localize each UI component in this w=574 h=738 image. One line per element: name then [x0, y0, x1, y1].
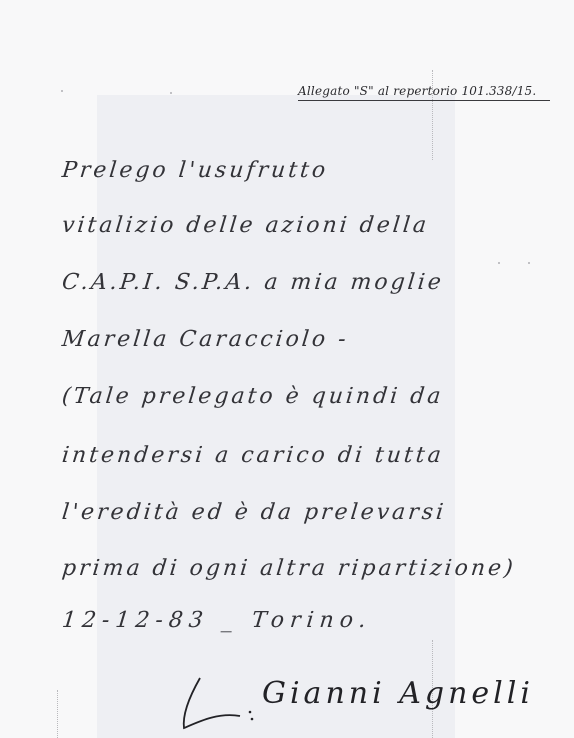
- scan-speck: [61, 90, 63, 92]
- handwritten-line: (Tale prelegato è quindi da: [61, 384, 445, 409]
- handwritten-line: Prelego l'usufrutto: [61, 158, 330, 183]
- signature: Gianni Agnelli: [262, 676, 534, 711]
- fold-mark: [57, 690, 59, 738]
- handwritten-line: Marella Caracciolo -: [61, 327, 350, 352]
- handwritten-line: vitalizio delle azioni della: [61, 213, 431, 238]
- handwritten-line: C.A.P.I. S.P.A. a mia moglie: [61, 270, 445, 295]
- scan-speck: [498, 262, 500, 264]
- scan-speck: [170, 92, 172, 94]
- scan-shading-band: [97, 95, 455, 738]
- handwritten-line: prima di ogni altra ripartizione): [61, 556, 517, 581]
- attachment-reference: Allegato "S" al repertorio 101.338/15.: [298, 84, 550, 101]
- document-page: Allegato "S" al repertorio 101.338/15. P…: [0, 0, 574, 738]
- signature-flourish-icon: [178, 672, 268, 734]
- handwritten-line: intendersi a carico di tutta: [61, 443, 445, 468]
- scan-speck: [528, 262, 530, 264]
- date-place-line: 12-12-83 _ Torino.: [61, 608, 373, 633]
- handwritten-line: l'eredità ed è da prelevarsi: [61, 500, 448, 525]
